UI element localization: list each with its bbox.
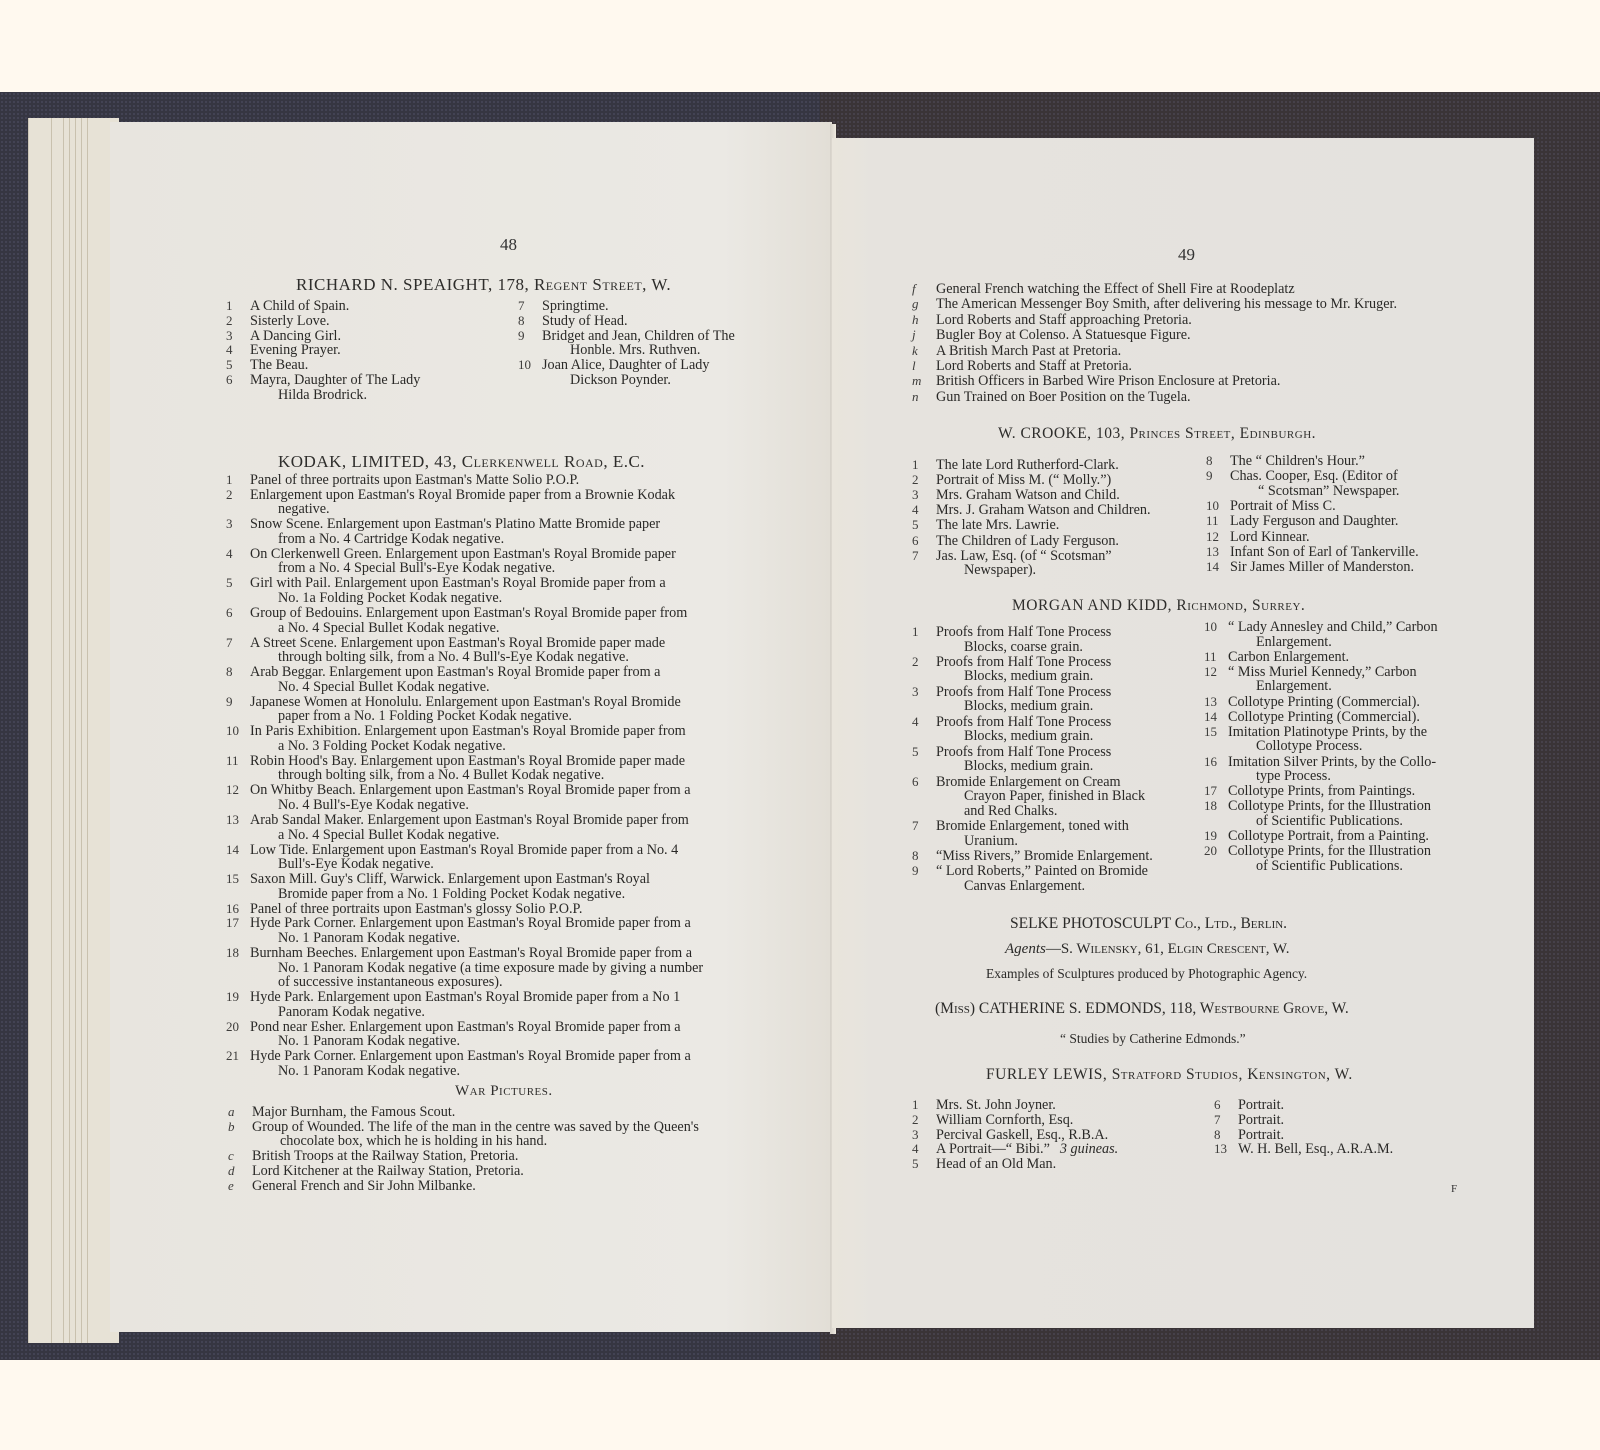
list-item: hLord Roberts and Staff approaching Pret… [912, 313, 1492, 328]
list-item: 7Bromide Enlargement, toned withUranium. [912, 819, 1187, 848]
item-text-continued: of Scientific Publications. [1228, 859, 1494, 874]
item-number: 11 [1204, 650, 1226, 665]
item-text-continued: negative. [250, 502, 800, 517]
list-item: 20Collotype Prints, for the Illustration… [1204, 844, 1494, 873]
list-item: 1A Child of Spain. [226, 299, 506, 314]
list-item: 1Panel of three portraits upon Eastman's… [226, 473, 800, 488]
item-text: A British March Past at Pretoria. [936, 343, 1121, 359]
item-number: 19 [1204, 829, 1226, 844]
item-text: General French and Sir John Milbanke. [252, 1178, 476, 1194]
list-item: 5The Beau. [226, 358, 506, 373]
item-text: Bromide Enlargement on Cream [936, 774, 1121, 790]
list-item: 4Proofs from Half Tone ProcessBlocks, me… [912, 715, 1187, 744]
list-item: kA British March Past at Pretoria. [912, 344, 1492, 359]
item-text-continued: Bull's-Eye Kodak negative. [250, 857, 800, 872]
list-item: 5Girl with Pail. Enlargement upon Eastma… [226, 576, 800, 605]
list-item: 16Panel of three portraits upon Eastman'… [226, 902, 800, 917]
item-number: 4 [226, 547, 248, 562]
item-text: Major Burnham, the Famous Scout. [252, 1104, 455, 1120]
item-text: British Troops at the Railway Station, P… [252, 1148, 518, 1164]
item-text: Chas. Cooper, Esq. (Editor of [1230, 468, 1398, 484]
item-number: e [228, 1179, 250, 1194]
item-number: 10 [1204, 620, 1226, 635]
item-text: Portrait. [1238, 1127, 1284, 1143]
item-text: Group of Bedouins. Enlargement upon East… [250, 605, 687, 621]
item-text: Snow Scene. Enlargement upon Eastman's P… [250, 516, 660, 532]
item-text: Lord Roberts and Staff at Pretoria. [936, 358, 1132, 374]
item-number: 12 [1204, 665, 1226, 680]
item-text: Enlargement upon Eastman's Royal Bromide… [250, 487, 675, 503]
item-text: Lady Ferguson and Daughter. [1230, 513, 1398, 529]
item-text: Proofs from Half Tone Process [936, 744, 1111, 760]
item-text: Hyde Park. Enlargement upon Eastman's Ro… [250, 989, 680, 1005]
list-item: 3Proofs from Half Tone ProcessBlocks, me… [912, 685, 1187, 714]
item-number: 2 [912, 1113, 934, 1128]
item-text-continued: Hilda Brodrick. [250, 388, 506, 403]
list-item: 13W. H. Bell, Esq., A.R.A.M. [1214, 1142, 1494, 1157]
list-item: 11Robin Hood's Bay. Enlargement upon Eas… [226, 754, 800, 783]
item-text: The late Lord Rutherford-Clark. [936, 457, 1119, 473]
item-text: Japanese Women at Honolulu. Enlargement … [250, 694, 681, 710]
list-item: 2Enlargement upon Eastman's Royal Bromid… [226, 488, 800, 517]
item-number: 14 [1204, 710, 1226, 725]
item-number: 10 [226, 724, 248, 739]
item-text: A Child of Spain. [250, 298, 349, 314]
item-number: a [228, 1105, 250, 1120]
item-number: 5 [226, 358, 248, 373]
list-item: 4On Clerkenwell Green. Enlargement upon … [226, 547, 800, 576]
item-text: Collotype Printing (Commercial). [1228, 694, 1420, 710]
item-number: 5 [226, 576, 248, 591]
item-text-continued: Panoram Kodak negative. [250, 1005, 800, 1020]
list-item: 10Joan Alice, Daughter of LadyDickson Po… [518, 358, 794, 387]
item-text: Lord Kitchener at the Railway Station, P… [252, 1163, 524, 1179]
list-item: 6Mayra, Daughter of The LadyHilda Brodri… [226, 373, 506, 402]
item-number: 3 [912, 488, 934, 503]
item-text-continued: Newspaper). [936, 563, 1192, 578]
list-item: 8Portrait. [1214, 1128, 1494, 1143]
item-text-continued: Collotype Process. [1228, 739, 1494, 754]
section-heading-kodak: KODAK, LIMITED, 43, Clerkenwell Road, E.… [278, 452, 645, 472]
item-number: 1 [226, 299, 248, 314]
item-number: n [912, 390, 934, 405]
list-item: 2Sisterly Love. [226, 314, 506, 329]
item-text-continued: a No. 4 Special Bullet Kodak negative. [250, 828, 800, 843]
list-item: 18Collotype Prints, for the Illustration… [1204, 799, 1494, 828]
item-text: Collotype Prints, for the Illustration [1228, 798, 1431, 814]
item-number: 9 [518, 329, 540, 344]
item-number: 1 [912, 625, 934, 640]
item-text: The American Messenger Boy Smith, after … [936, 296, 1397, 312]
item-text-continued: “ Scotsman” Newspaper. [1230, 484, 1486, 499]
item-number: 1 [912, 458, 934, 473]
item-text: “ Lady Annesley and Child,” Carbon [1228, 619, 1438, 635]
item-text: The late Mrs. Lawrie. [936, 517, 1059, 533]
item-text: Proofs from Half Tone Process [936, 684, 1111, 700]
item-number: 11 [226, 754, 248, 769]
item-number: c [228, 1149, 250, 1164]
item-text: Group of Wounded. The life of the man in… [252, 1119, 699, 1135]
item-text-continued: Blocks, medium grain. [936, 759, 1187, 774]
list-item: 10In Paris Exhibition. Enlargement upon … [226, 724, 800, 753]
item-number: 18 [226, 946, 248, 961]
list-item: 7Portrait. [1214, 1113, 1494, 1128]
item-text: Low Tide. Enlargement upon Eastman's Roy… [250, 842, 678, 858]
item-text: Carbon Enlargement. [1228, 649, 1349, 665]
item-text: Imitation Silver Prints, by the Collo- [1228, 754, 1436, 770]
item-text: On Whitby Beach. Enlargement upon Eastma… [250, 782, 691, 798]
item-number: 2 [226, 314, 248, 329]
list-item: eGeneral French and Sir John Milbanke. [228, 1179, 802, 1194]
item-price: 3 guineas. [1060, 1141, 1118, 1157]
item-text: “ Lord Roberts,” Painted on Bromide [936, 863, 1148, 879]
item-number: 9 [1206, 469, 1228, 484]
item-number: 13 [226, 813, 248, 828]
item-number: 14 [226, 843, 248, 858]
list-item: fGeneral French watching the Effect of S… [912, 282, 1492, 297]
item-text-continued: chocolate box, which he is holding in hi… [252, 1134, 802, 1149]
item-text: Proofs from Half Tone Process [936, 624, 1111, 640]
list-item: 15Imitation Platinotype Prints, by theCo… [1204, 725, 1494, 754]
item-number: 6 [912, 775, 934, 790]
list-item: 15Saxon Mill. Guy's Cliff, Warwick. Enla… [226, 872, 800, 901]
item-text: Burnham Beeches. Enlargement upon Eastma… [250, 945, 692, 961]
list-item: 12“ Miss Muriel Kennedy,” CarbonEnlargem… [1204, 665, 1494, 694]
item-text-continued: a No. 3 Folding Pocket Kodak negative. [250, 739, 800, 754]
list-item: 4A Portrait—“ Bibi.”3 guineas. [912, 1142, 1192, 1157]
item-text: William Cornforth, Esq. [936, 1112, 1073, 1128]
item-number: d [228, 1164, 250, 1179]
list-item: 13Infant Son of Earl of Tankerville. [1206, 545, 1486, 560]
list-item: 5The late Mrs. Lawrie. [912, 518, 1192, 533]
item-text: On Clerkenwell Green. Enlargement upon E… [250, 546, 676, 562]
item-number: 7 [912, 819, 934, 834]
item-text-continued: Blocks, coarse grain. [936, 640, 1187, 655]
list-item: 10“ Lady Annesley and Child,” CarbonEnla… [1204, 620, 1494, 649]
edmonds-description: “ Studies by Catherine Edmonds.” [1060, 1031, 1246, 1047]
list-item: 7Springtime. [518, 299, 794, 314]
item-text: Springtime. [542, 298, 609, 314]
item-text-continued: No. 4 Special Bullet Kodak negative. [250, 680, 800, 695]
section-heading-morgan-kidd: MORGAN AND KIDD, Richmond, Surrey. [1012, 597, 1305, 615]
list-item: 11Lady Ferguson and Daughter. [1206, 514, 1486, 529]
list-item: 3Mrs. Graham Watson and Child. [912, 488, 1192, 503]
item-text: Mrs. Graham Watson and Child. [936, 487, 1120, 503]
list-item: 8Study of Head. [518, 314, 794, 329]
item-number: 2 [226, 488, 248, 503]
item-text: Percival Gaskell, Esq., R.B.A. [936, 1127, 1108, 1143]
item-text: “ Miss Muriel Kennedy,” Carbon [1228, 664, 1417, 680]
list-item: 2Portrait of Miss M. (“ Molly.”) [912, 473, 1192, 488]
item-text: The “ Children's Hour.” [1230, 453, 1365, 469]
section-heading-crooke: W. CROOKE, 103, Princes Street, Edinburg… [998, 425, 1316, 443]
item-number: 20 [1204, 844, 1226, 859]
section-heading-furley-lewis: FURLEY LEWIS, Stratford Studios, Kensing… [986, 1066, 1353, 1084]
item-text: Hyde Park Corner. Enlargement upon Eastm… [250, 915, 691, 931]
item-number: 6 [1214, 1098, 1236, 1113]
item-number: 12 [226, 783, 248, 798]
item-number: 17 [226, 916, 248, 931]
item-number: 8 [1214, 1128, 1236, 1143]
list-item: 5Proofs from Half Tone ProcessBlocks, me… [912, 745, 1187, 774]
item-text: Jas. Law, Esq. (of “ Scotsman” [936, 548, 1112, 564]
item-number: 15 [226, 872, 248, 887]
item-text: Mrs. St. John Joyner. [936, 1097, 1056, 1113]
item-text: Collotype Printing (Commercial). [1228, 709, 1420, 725]
section-heading-speaight: RICHARD N. SPEAIGHT, 178, Regent Street,… [296, 275, 671, 295]
list-item: 7A Street Scene. Enlargement upon Eastma… [226, 636, 800, 665]
page-number: 48 [500, 235, 517, 255]
list-item: 3Percival Gaskell, Esq., R.B.A. [912, 1128, 1192, 1143]
list-item: jBugler Boy at Colenso. A Statuesque Fig… [912, 328, 1492, 343]
item-number: 13 [1214, 1142, 1236, 1157]
item-text: The Children of Lady Ferguson. [936, 533, 1119, 549]
item-text-continued: No. 1 Panoram Kodak negative. [250, 931, 800, 946]
item-text: Collotype Portrait, from a Painting. [1228, 828, 1429, 844]
item-text-continued: Uranium. [936, 834, 1187, 849]
item-number: j [912, 328, 934, 343]
item-text-continued: No. 1a Folding Pocket Kodak negative. [250, 591, 800, 606]
item-text-continued: Enlargement. [1228, 679, 1494, 694]
item-text-continued: Enlargement. [1228, 635, 1494, 650]
item-text: Panel of three portraits upon Eastman's … [250, 901, 582, 917]
item-text: Bromide Enlargement, toned with [936, 818, 1129, 834]
page-number: 49 [1178, 245, 1195, 265]
list-item: 9“ Lord Roberts,” Painted on BromideCanv… [912, 864, 1187, 893]
item-text-continued: a No. 4 Special Bullet Kodak negative. [250, 621, 800, 636]
item-text: Saxon Mill. Guy's Cliff, Warwick. Enlarg… [250, 871, 650, 887]
item-number: b [228, 1120, 250, 1135]
item-number: 3 [912, 1128, 934, 1143]
selke-agents: Agents—S. Wilensky, 61, Elgin Crescent, … [1005, 941, 1289, 958]
item-number: 4 [912, 715, 934, 730]
item-number: 3 [912, 685, 934, 700]
item-text-continued: Dickson Poynder. [542, 373, 794, 388]
item-text: Gun Trained on Boer Position on the Tuge… [936, 389, 1191, 405]
list-item: 17Collotype Prints, from Paintings. [1204, 784, 1494, 799]
item-number: 6 [226, 606, 248, 621]
item-number: 4 [912, 503, 934, 518]
list-item: 20Pond near Esher. Enlargement upon East… [226, 1020, 800, 1049]
list-item: 1Mrs. St. John Joyner. [912, 1098, 1192, 1113]
item-text: A Street Scene. Enlargement upon Eastman… [250, 635, 665, 651]
item-text: Imitation Platinotype Prints, by the [1228, 724, 1427, 740]
item-text-continued: Crayon Paper, finished in Black [936, 789, 1187, 804]
item-text: W. H. Bell, Esq., A.R.A.M. [1238, 1141, 1393, 1157]
list-item: 9Japanese Women at Honolulu. Enlargement… [226, 695, 800, 724]
list-item: 12Lord Kinnear. [1206, 530, 1486, 545]
item-number: l [912, 359, 934, 374]
list-item: 2William Cornforth, Esq. [912, 1113, 1192, 1128]
item-number: 13 [1204, 695, 1226, 710]
list-item: 6Portrait. [1214, 1098, 1494, 1113]
list-item: 4Mrs. J. Graham Watson and Children. [912, 503, 1192, 518]
item-number: 5 [912, 518, 934, 533]
item-number: 7 [912, 549, 934, 564]
list-item: 16Imitation Silver Prints, by the Collo-… [1204, 755, 1494, 784]
item-text: Collotype Prints, for the Illustration [1228, 843, 1431, 859]
item-number: 13 [1206, 545, 1228, 560]
item-number: 11 [1206, 514, 1228, 529]
item-text-continued: from a No. 4 Special Bull's-Eye Kodak ne… [250, 561, 800, 576]
list-item: cBritish Troops at the Railway Station, … [228, 1149, 802, 1164]
item-text: A Portrait—“ Bibi.” [936, 1141, 1050, 1157]
item-number: 16 [226, 902, 248, 917]
item-text-continued: type Process. [1228, 769, 1494, 784]
list-item: 14Collotype Printing (Commercial). [1204, 710, 1494, 725]
list-item: 18Burnham Beeches. Enlargement upon East… [226, 946, 800, 990]
item-number: 7 [1214, 1113, 1236, 1128]
list-item: mBritish Officers in Barbed Wire Prison … [912, 374, 1492, 389]
list-item: 21Hyde Park Corner. Enlargement upon Eas… [226, 1049, 800, 1078]
item-number: 8 [226, 665, 248, 680]
list-item: 19Collotype Portrait, from a Painting. [1204, 829, 1494, 844]
item-number: 10 [518, 358, 540, 373]
item-number: 4 [912, 1142, 934, 1157]
signature-mark: F [1451, 1183, 1457, 1195]
list-item: 8The “ Children's Hour.” [1206, 454, 1486, 469]
item-text: Arab Beggar. Enlargement upon Eastman's … [250, 664, 660, 680]
list-item: lLord Roberts and Staff at Pretoria. [912, 359, 1492, 374]
subheading-war-pictures: War Pictures. [455, 1083, 553, 1100]
list-item: 1Proofs from Half Tone ProcessBlocks, co… [912, 625, 1187, 654]
item-text: Joan Alice, Daughter of Lady [542, 357, 709, 373]
item-number: 7 [226, 636, 248, 651]
list-item: 3Snow Scene. Enlargement upon Eastman's … [226, 517, 800, 546]
list-item: 6The Children of Lady Ferguson. [912, 534, 1192, 549]
item-number: 3 [226, 329, 248, 344]
item-text: Robin Hood's Bay. Enlargement upon Eastm… [250, 753, 685, 769]
item-text: Study of Head. [542, 313, 628, 329]
item-text: Hyde Park Corner. Enlargement upon Eastm… [250, 1048, 691, 1064]
item-text: Evening Prayer. [250, 342, 341, 358]
item-number: 6 [226, 373, 248, 388]
list-item: 7Jas. Law, Esq. (of “ Scotsman”Newspaper… [912, 549, 1192, 578]
list-item: dLord Kitchener at the Railway Station, … [228, 1164, 802, 1179]
list-item: nGun Trained on Boer Position on the Tug… [912, 390, 1492, 405]
list-item: 6Bromide Enlargement on CreamCrayon Pape… [912, 775, 1187, 819]
item-text: Mayra, Daughter of The Lady [250, 372, 420, 388]
item-text: Sisterly Love. [250, 313, 330, 329]
item-text: Infant Son of Earl of Tankerville. [1230, 544, 1419, 560]
item-number: 8 [1206, 454, 1228, 469]
item-text: Collotype Prints, from Paintings. [1228, 783, 1415, 799]
item-text: “Miss Rivers,” Bromide Enlargement. [936, 848, 1153, 864]
item-text: Portrait of Miss C. [1230, 498, 1336, 514]
item-text: A Dancing Girl. [250, 328, 341, 344]
item-text-continued: Blocks, medium grain. [936, 669, 1187, 684]
list-item: 10Portrait of Miss C. [1206, 499, 1486, 514]
item-text-continued: of Scientific Publications. [1228, 814, 1494, 829]
item-number: 9 [226, 695, 248, 710]
item-number: 8 [912, 849, 934, 864]
item-text: Arab Sandal Maker. Enlargement upon East… [250, 812, 689, 828]
item-text: Pond near Esher. Enlargement upon Eastma… [250, 1019, 681, 1035]
list-item: bGroup of Wounded. The life of the man i… [228, 1120, 802, 1149]
item-text: Proofs from Half Tone Process [936, 654, 1111, 670]
item-number: f [912, 282, 934, 297]
item-number: 16 [1204, 755, 1226, 770]
item-text-continued: Honble. Mrs. Ruthven. [542, 343, 794, 358]
item-text: Bridget and Jean, Children of The [542, 328, 735, 344]
item-number: 20 [226, 1020, 248, 1035]
list-item: 4Evening Prayer. [226, 343, 506, 358]
item-text-continued: Blocks, medium grain. [936, 699, 1187, 714]
item-number: k [912, 344, 934, 359]
list-item: 2Proofs from Half Tone ProcessBlocks, me… [912, 655, 1187, 684]
item-text-continued: No. 4 Bull's-Eye Kodak negative. [250, 798, 800, 813]
item-text: Portrait. [1238, 1112, 1284, 1128]
item-text: In Paris Exhibition. Enlargement upon Ea… [250, 723, 686, 739]
item-number: 14 [1206, 560, 1228, 575]
list-item: 9Bridget and Jean, Children of TheHonble… [518, 329, 794, 358]
item-number: 2 [912, 655, 934, 670]
item-text: Lord Roberts and Staff approaching Preto… [936, 312, 1192, 328]
item-number: 5 [912, 1157, 934, 1172]
item-text: Bugler Boy at Colenso. A Statuesque Figu… [936, 327, 1191, 343]
item-number: 19 [226, 990, 248, 1005]
list-item: 11Carbon Enlargement. [1204, 650, 1494, 665]
list-item: 3A Dancing Girl. [226, 329, 506, 344]
list-item: gThe American Messenger Boy Smith, after… [912, 297, 1492, 312]
item-number: 6 [912, 534, 934, 549]
item-number: g [912, 297, 934, 312]
item-text-continued: Canvas Enlargement. [936, 879, 1187, 894]
item-text-continued: No. 1 Panoram Kodak negative. [250, 1064, 800, 1079]
list-item: 8“Miss Rivers,” Bromide Enlargement. [912, 849, 1187, 864]
item-text-continued: and Red Chalks. [936, 804, 1187, 819]
list-item: 13Arab Sandal Maker. Enlargement upon Ea… [226, 813, 800, 842]
item-text: Proofs from Half Tone Process [936, 714, 1111, 730]
section-heading-edmonds: (Miss) CATHERINE S. EDMONDS, 118, Westbo… [935, 1000, 1349, 1018]
list-item: 14Sir James Miller of Manderston. [1206, 560, 1486, 575]
item-number: 12 [1206, 530, 1228, 545]
item-text-continued: No. 1 Panoram Kodak negative (a time exp… [250, 961, 800, 976]
item-number: 18 [1204, 799, 1226, 814]
selke-description: Examples of Sculptures produced by Photo… [986, 966, 1307, 982]
item-text-continued: Blocks, medium grain. [936, 729, 1187, 744]
item-text: Portrait of Miss M. (“ Molly.”) [936, 472, 1111, 488]
item-text: British Officers in Barbed Wire Prison E… [936, 373, 1280, 389]
item-text: Mrs. J. Graham Watson and Children. [936, 502, 1151, 518]
item-text-continued: of successive instantaneous exposures). [250, 975, 800, 990]
item-number: h [912, 313, 934, 328]
item-text: Girl with Pail. Enlargement upon Eastman… [250, 575, 666, 591]
item-text: General French watching the Effect of Sh… [936, 281, 1295, 297]
item-number: 9 [912, 864, 934, 879]
item-number: 4 [226, 343, 248, 358]
list-item: 19Hyde Park. Enlargement upon Eastman's … [226, 990, 800, 1019]
item-number: 3 [226, 517, 248, 532]
item-text-continued: No. 1 Panoram Kodak negative. [250, 1034, 800, 1049]
item-text: Portrait. [1238, 1097, 1284, 1113]
item-number: 1 [912, 1098, 934, 1113]
section-heading-selke: SELKE PHOTOSCULPT Co., Ltd., Berlin. [1010, 915, 1287, 933]
list-item: 14Low Tide. Enlargement upon Eastman's R… [226, 843, 800, 872]
page-stack-edge [28, 118, 119, 1343]
item-text-continued: through bolting silk, from a No. 4 Bulle… [250, 768, 800, 783]
list-item: 9Chas. Cooper, Esq. (Editor of“ Scotsman… [1206, 469, 1486, 498]
list-item: 8Arab Beggar. Enlargement upon Eastman's… [226, 665, 800, 694]
list-item: 1The late Lord Rutherford-Clark. [912, 458, 1192, 473]
item-text: The Beau. [250, 357, 308, 373]
list-item: aMajor Burnham, the Famous Scout. [228, 1105, 802, 1120]
item-number: 15 [1204, 725, 1226, 740]
item-text: Lord Kinnear. [1230, 529, 1310, 545]
list-item: 5Head of an Old Man. [912, 1157, 1192, 1172]
item-number: 17 [1204, 784, 1226, 799]
item-text-continued: paper from a No. 1 Folding Pocket Kodak … [250, 709, 800, 724]
